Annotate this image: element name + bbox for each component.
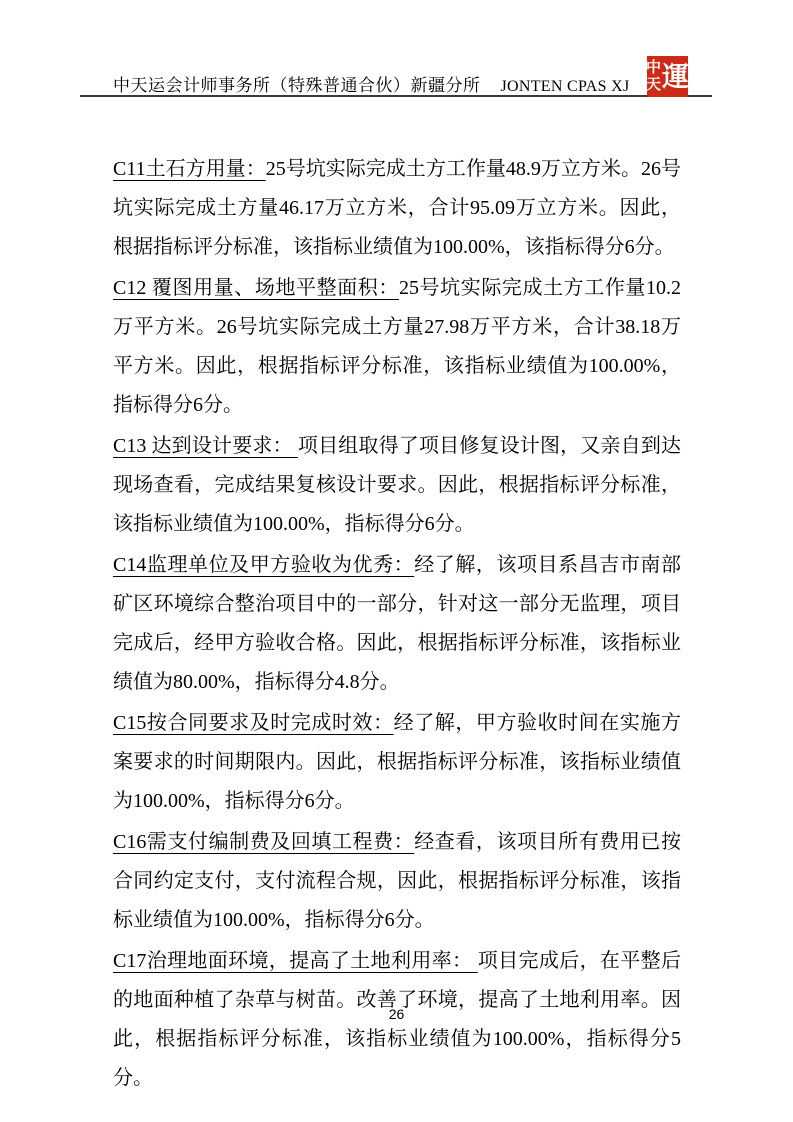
paragraph-c15: C15按合同要求及时完成时效：经了解，甲方验收时间在实施方案要求的时间期限内。因… <box>113 704 681 821</box>
indicator-c11-label: C11土石方用量： <box>113 158 266 180</box>
seal-char-bottom-left: 天 <box>646 77 661 94</box>
indicator-c15-label: C15按合同要求及时完成时效： <box>113 712 394 734</box>
seal-char-top-left: 中 <box>646 60 661 77</box>
report-body: C11土石方用量：25号坑实际完成土方工作量48.9万立方米。26号坑实际完成土… <box>113 150 681 1100</box>
paragraph-c12: C12 覆图用量、场地平整面积：25号坑实际完成土方工作量10.2万平方米。26… <box>113 269 681 425</box>
seal-left-column: 中 天 <box>646 60 661 94</box>
paragraph-c13: C13 达到设计要求： 项目组取得了项目修复设计图，又亲自到达现场查看，完成结果… <box>113 427 681 544</box>
paragraph-c11: C11土石方用量：25号坑实际完成土方工作量48.9万立方米。26号坑实际完成土… <box>113 150 681 267</box>
company-seal-icon: 中 天 運 <box>647 56 688 97</box>
document-page: 中天运会计师事务所（特殊普通合伙）新疆分所JONTEN CPAS XJ 中 天 … <box>0 0 793 1122</box>
firm-name-en: JONTEN CPAS XJ <box>501 78 630 95</box>
indicator-c13-label: C13 达到设计要求： <box>113 435 298 457</box>
header-divider <box>80 95 712 97</box>
indicator-c17-label: C17治理地面环境，提高了土地利用率： <box>113 950 478 972</box>
firm-name-cn: 中天运会计师事务所（特殊普通合伙）新疆分所 <box>113 76 481 95</box>
paragraph-c16: C16需支付编制费及回填工程费：经查看，该项目所有费用已按合同约定支付，支付流程… <box>113 823 681 940</box>
page-number: 26 <box>0 1006 793 1022</box>
indicator-c14-label: C14监理单位及甲方验收为优秀： <box>113 554 414 576</box>
indicator-c12-label: C12 覆图用量、场地平整面积： <box>113 277 399 299</box>
page-header: 中天运会计师事务所（特殊普通合伙）新疆分所JONTEN CPAS XJ <box>113 71 629 96</box>
seal-char-right: 運 <box>662 59 689 95</box>
paragraph-c14: C14监理单位及甲方验收为优秀：经了解，该项目系昌吉市南部矿区环境综合整治项目中… <box>113 546 681 702</box>
indicator-c16-label: C16需支付编制费及回填工程费： <box>113 831 414 853</box>
